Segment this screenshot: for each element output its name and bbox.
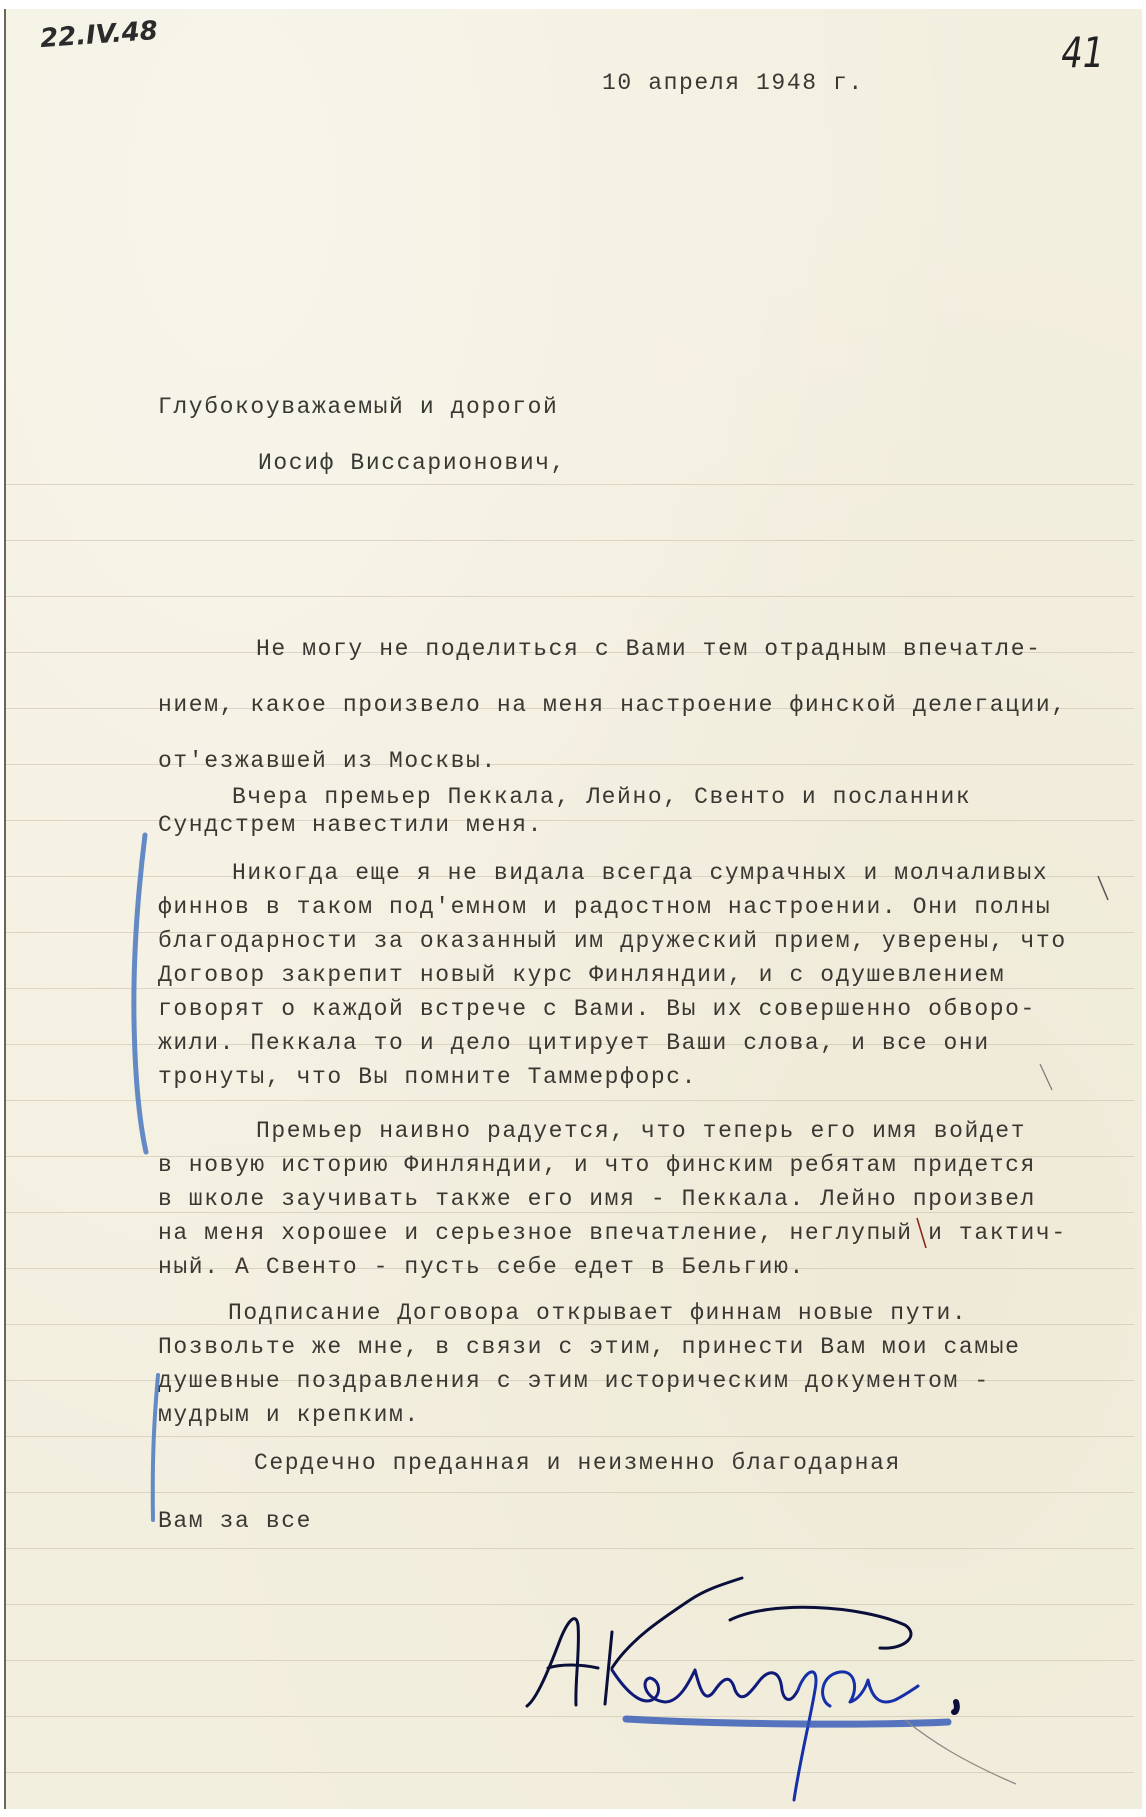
pencil-stroke — [905, 1720, 1016, 1784]
pencil-tick-mark — [1098, 876, 1108, 900]
red-pencil-tick — [917, 1218, 926, 1248]
blue-pencil-margin-mark-upper — [134, 835, 146, 1152]
blue-pencil-margin-mark-lower — [153, 1375, 158, 1520]
pencil-tick-mark — [1040, 1064, 1052, 1090]
handwritten-marks — [0, 0, 1146, 1817]
signature — [527, 1578, 957, 1800]
